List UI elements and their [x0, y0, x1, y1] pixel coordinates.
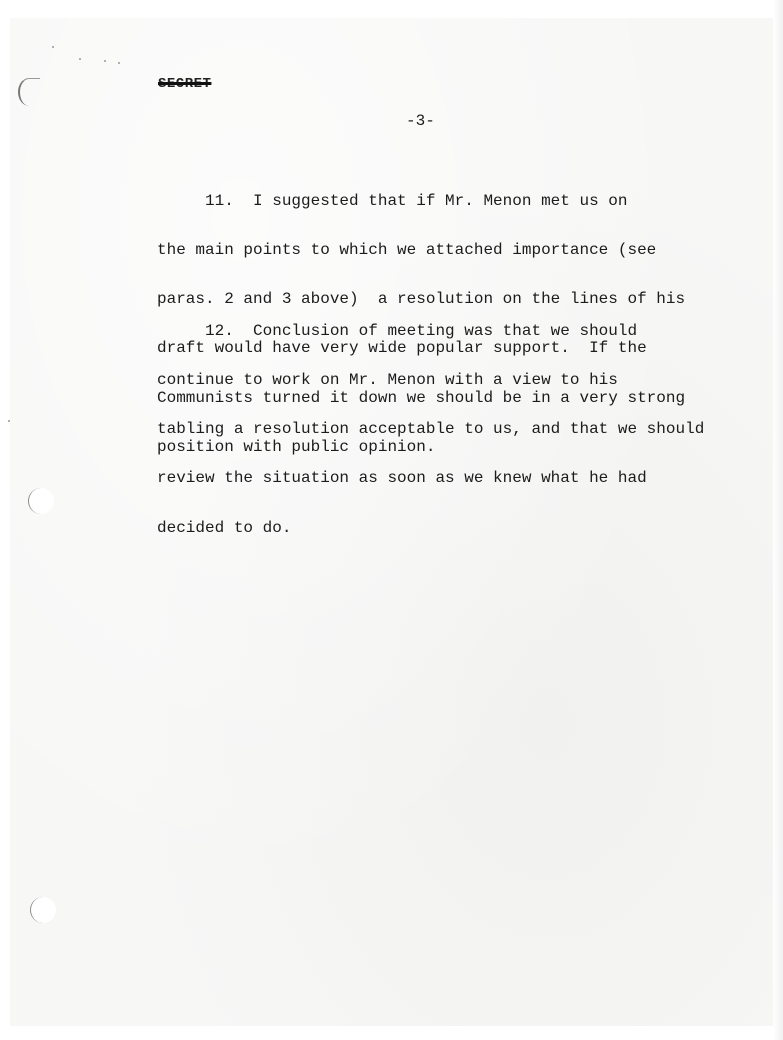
text-line: decided to do. — [157, 520, 717, 536]
paper-speck — [118, 62, 120, 64]
paper-speck — [8, 420, 10, 422]
text-line: 11. I suggested that if Mr. Menon met us… — [157, 193, 717, 209]
paper-speck — [104, 60, 106, 62]
text-line: continue to work on Mr. Menon with a vie… — [157, 372, 717, 388]
text-line: 12. Conclusion of meeting was that we sh… — [157, 323, 717, 339]
classification-marking-struck: SECRET — [158, 76, 211, 92]
text-line: the main points to which we attached imp… — [157, 242, 717, 258]
paper-speck — [52, 46, 54, 48]
punch-hole-middle — [28, 488, 54, 514]
page-number: -3- — [406, 113, 435, 129]
torn-corner-mark — [18, 78, 40, 106]
text-line: tabling a resolution acceptable to us, a… — [157, 421, 717, 437]
paper-speck — [79, 58, 81, 60]
punch-hole-bottom — [30, 897, 56, 923]
text-line: review the situation as soon as we knew … — [157, 470, 717, 486]
paragraph-12: 12. Conclusion of meeting was that we sh… — [157, 290, 717, 552]
page-edge-shadow — [773, 0, 783, 1040]
